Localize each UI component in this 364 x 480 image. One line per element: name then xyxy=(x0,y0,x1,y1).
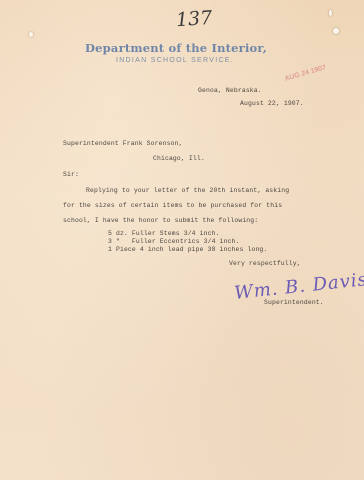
punch-hole xyxy=(333,28,339,34)
punch-hole xyxy=(329,10,332,16)
punch-hole xyxy=(29,32,33,37)
letter-place: Genoa, Nebraska. xyxy=(198,87,262,94)
body-line: Replying to your letter of the 20th inst… xyxy=(86,187,289,194)
closing: Very respectfully, xyxy=(229,260,301,267)
letterhead-title: Department of the Interior, xyxy=(83,41,269,55)
body-line: for the sizes of certain items to be pur… xyxy=(63,202,282,209)
signature-title: Superintendent. xyxy=(264,299,324,306)
letterhead-subtitle: INDIAN SCHOOL SERVICE. xyxy=(100,57,250,64)
folio-number: 137 xyxy=(175,7,213,31)
letter-date: August 22, 1907. xyxy=(240,100,304,107)
item-line: 1 Piece 4 inch lead pipe 38 inches long. xyxy=(108,246,267,253)
item-line: 3 " Fuller Eccentrics 3/4 inch. xyxy=(108,238,240,245)
recipient-name: Superintendent Frank Sorenson, xyxy=(63,140,183,147)
salutation: Sir: xyxy=(63,171,79,178)
body-line: school, I have the honor to submit the f… xyxy=(63,217,258,224)
item-line: 5 dz. Fuller Stems 3/4 inch. xyxy=(108,230,220,237)
recipient-location: Chicago, Ill. xyxy=(153,155,205,162)
